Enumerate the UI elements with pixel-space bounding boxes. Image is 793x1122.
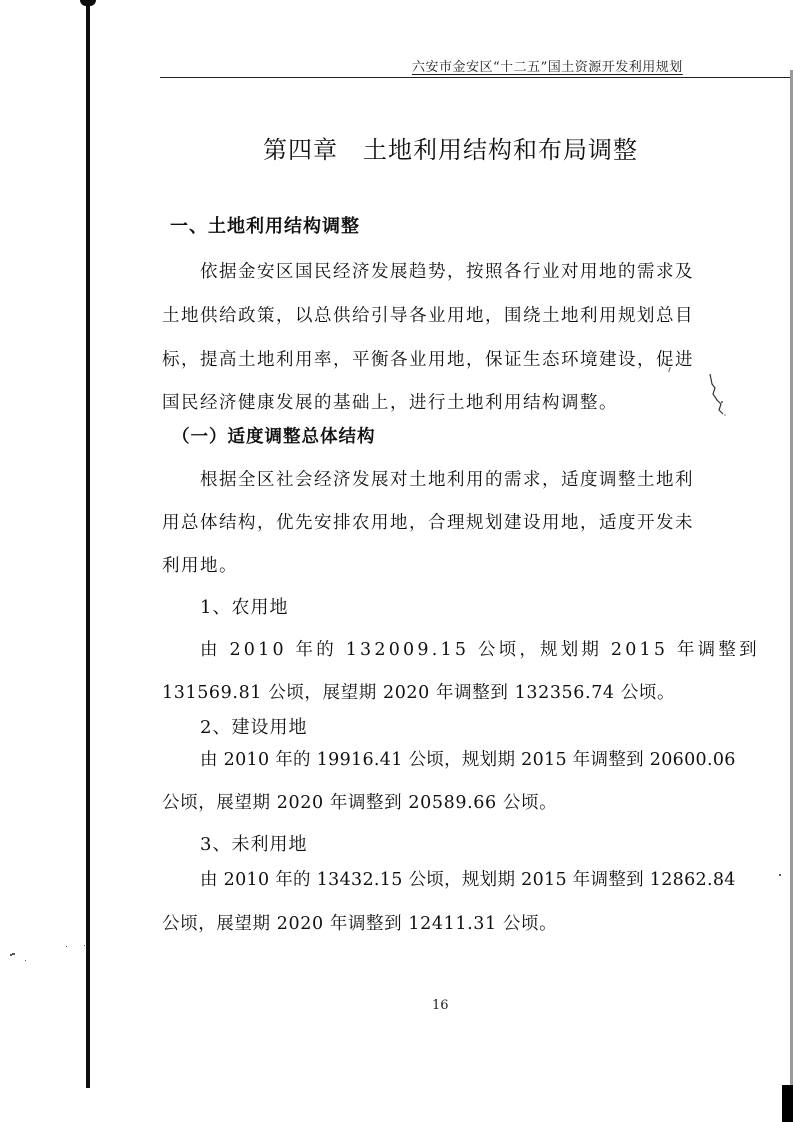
binding-edge-line [86,0,90,1088]
chapter-title: 第四章 土地利用结构和布局调整 [263,130,638,165]
paragraph-line: 用总体结构，优先安排农用地，合理规划建设用地，适度开发未 [162,509,694,534]
scan-speck [84,945,85,946]
header-rule [160,77,790,78]
paragraph-line: 利用地。 [162,552,238,577]
item-line: 由 2010 年的 132009.15 公顷，规划期 2015 年调整到 [200,636,760,661]
paragraph-line: 国民经济健康发展的基础上，进行土地利用结构调整。 [162,389,618,414]
running-header: 六安市金安区“十二五”国土资源开发利用规划 [412,56,683,75]
paragraph-line: 依据金安区国民经济发展趋势，按照各行业对用地的需求及 [200,258,694,283]
paragraph-line: 土地供给政策，以总供给引导各业用地，围绕土地利用规划总目 [162,302,694,327]
item-line: 由 2010 年的 19916.41 公顷，规划期 2015 年调整到 2060… [200,746,736,771]
scan-speck [66,946,67,947]
item-line: 公顷，展望期 2020 年调整到 12411.31 公顷。 [162,910,557,935]
paragraph-line: 标，提高土地利用率，平衡各业用地，保证生态环境建设，促进 [162,346,694,371]
item-heading-construction-land: 2、建设用地 [200,713,307,739]
item-heading-unused-land: 3、未利用地 [200,830,307,856]
scan-corner-shadow [782,1085,793,1122]
item-line: 公顷，展望期 2020 年调整到 20589.66 公顷。 [162,789,557,814]
scan-smudge [707,372,727,418]
subsection-heading: （一）适度调整总体结构 [172,423,376,448]
paragraph-line: 根据全区社会经济发展对土地利用的需求，适度调整土地利 [200,466,694,491]
section-heading: 一、土地利用结构调整 [170,212,360,238]
page-number: 16 [432,998,449,1013]
item-line: 131569.81 公顷，展望期 2020 年调整到 132356.74 公顷。 [162,679,675,704]
scan-speck [779,874,781,876]
item-heading-farmland: 1、农用地 [200,593,288,619]
item-line: 由 2010 年的 13432.15 公顷，规划期 2015 年调整到 1286… [200,866,736,891]
scan-speck [25,960,26,961]
scan-speck [12,953,15,955]
